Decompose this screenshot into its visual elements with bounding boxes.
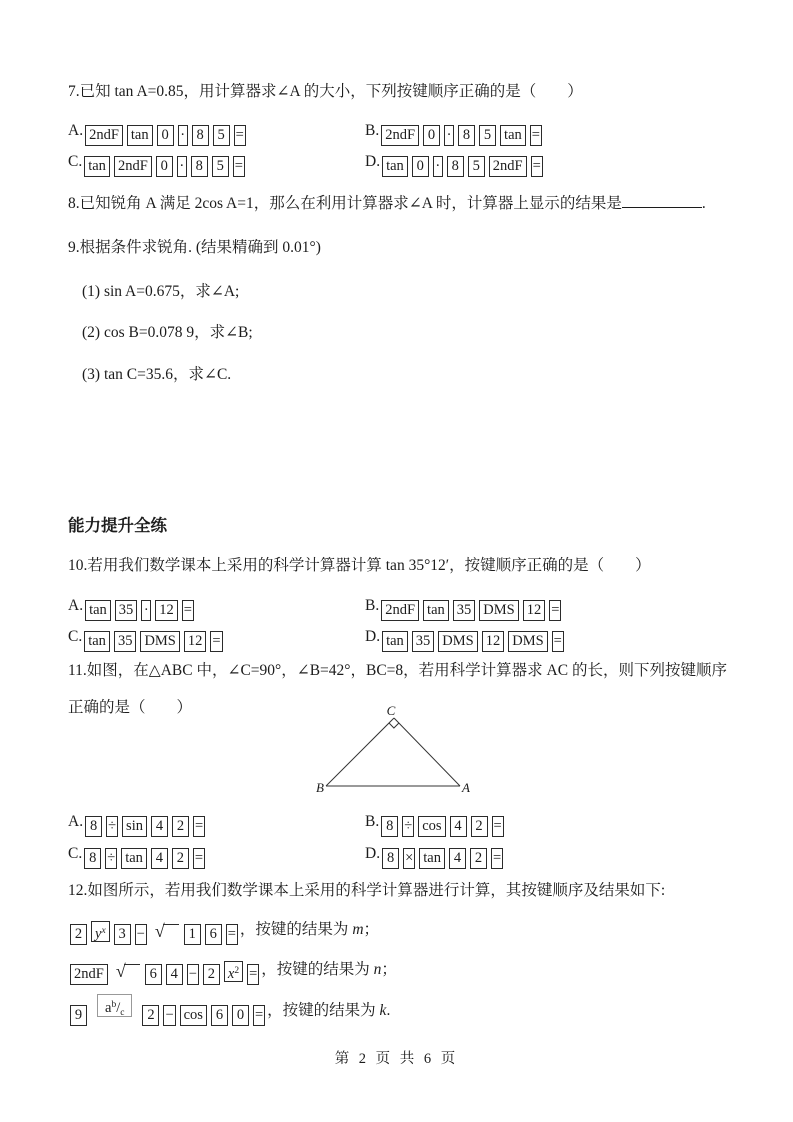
calc-key-4: 4	[151, 816, 168, 837]
calc-key-equals: =	[247, 964, 259, 985]
calc-key-equals: =	[530, 125, 542, 146]
calc-key-0: 0	[412, 156, 429, 177]
calc-key-divide: ÷	[106, 816, 118, 837]
calc-key-divide: ÷	[402, 816, 414, 837]
calc-key-8: 8	[192, 125, 209, 146]
calc-key-5: 5	[212, 156, 229, 177]
keyline-end-punct: ；	[364, 921, 380, 938]
calc-key-2ndf: 2ndF	[70, 964, 108, 985]
calc-key-minus: −	[163, 1005, 175, 1026]
calc-key-8: 8	[191, 156, 208, 177]
calc-key-2: 2	[142, 1005, 159, 1026]
calc-key-decimal-point: ·	[444, 125, 454, 146]
question-10-options-row-1: A.tan35·12= B.2ndFtan35DMS12=	[68, 592, 730, 623]
calc-key-2: 2	[470, 848, 487, 869]
calc-key-tan: tan	[423, 600, 449, 621]
question-8-stem: 8.已知锐角 A 满足 2cos A=1，那么在利用计算器求∠A 时，计算器上显…	[68, 192, 730, 216]
calc-key-8: 8	[85, 816, 102, 837]
option-label: B.	[365, 117, 379, 145]
question-7-options-row-2: C.tan2ndF0·85= D.tan0·852ndF=	[68, 148, 730, 179]
calc-key-tan: tan	[382, 156, 408, 177]
calc-key-6: 6	[205, 924, 222, 945]
question-7-options-row-1: A.2ndFtan0·85= B.2ndF0·85tan=	[68, 117, 730, 148]
calc-key-decimal-point: ·	[177, 156, 187, 177]
vertex-label-a: A	[461, 780, 470, 795]
calc-key-2ndf: 2ndF	[381, 125, 419, 146]
option-label: A.	[68, 592, 83, 620]
option-10a: A.tan35·12=	[68, 592, 365, 623]
calc-key-0: 0	[423, 125, 440, 146]
calc-key-5: 5	[213, 125, 230, 146]
calc-key-0: 0	[232, 1005, 249, 1026]
option-label: C.	[68, 840, 82, 868]
calc-key-6: 6	[211, 1005, 228, 1026]
question-10-options-row-2: C.tan35DMS12= D.tan35DMS12DMS=	[68, 623, 730, 654]
calc-key-minus: −	[135, 924, 147, 945]
question-9-item-1: (1) sin A=0.675，求∠A;	[82, 280, 744, 304]
calc-key-equals: =	[233, 156, 245, 177]
calc-key-35: 35	[412, 631, 435, 652]
keyline-result-text: ，按键的结果为	[261, 961, 373, 978]
calc-key-2ndf: 2ndF	[489, 156, 527, 177]
calc-key-equals: =	[193, 816, 205, 837]
calc-key-dms: DMS	[508, 631, 547, 652]
question-11-options-row-1: A.8÷sin42= B.8÷cos42=	[68, 808, 730, 839]
calc-key-tan: tan	[419, 848, 445, 869]
calc-key-8: 8	[382, 848, 399, 869]
calc-key-8: 8	[458, 125, 475, 146]
calc-key-tan: tan	[121, 848, 147, 869]
calc-key-35: 35	[114, 631, 137, 652]
option-11a: A.8÷sin42=	[68, 808, 365, 839]
calc-key-35: 35	[115, 600, 138, 621]
calc-key-12: 12	[523, 600, 546, 621]
keyline-result-text: ，按键的结果为	[267, 1002, 379, 1019]
option-10d: D.tan35DMS12DMS=	[365, 623, 730, 654]
calc-key-equals: =	[210, 631, 222, 652]
right-angle-mark	[389, 723, 399, 728]
option-7b: B.2ndF0·85tan=	[365, 117, 730, 148]
calc-key-2ndf: 2ndF	[114, 156, 152, 177]
keyline-end-punct: .	[386, 1002, 390, 1019]
result-variable: m	[352, 921, 363, 938]
calc-key-decimal-point: ·	[433, 156, 443, 177]
calc-key-cos: cos	[180, 1005, 207, 1026]
question-7-stem: 7.已知 tan A=0.85，用计算器求∠A 的大小，下列按键顺序正确的是（ …	[68, 80, 730, 104]
calc-key-5: 5	[479, 125, 496, 146]
calc-key-decimal-point: ·	[178, 125, 188, 146]
calc-key-equals: =	[531, 156, 543, 177]
question-8-text: 8.已知锐角 A 满足 2cos A=1，那么在利用计算器求∠A 时，计算器上显…	[68, 195, 622, 212]
calc-key-equals: =	[552, 631, 564, 652]
calc-key-minus: −	[187, 964, 199, 985]
calc-key-tan: tan	[84, 156, 110, 177]
worksheet-page: 7.已知 tan A=0.85，用计算器求∠A 的大小，下列按键顺序正确的是（ …	[0, 0, 793, 1122]
calc-key-12: 12	[482, 631, 505, 652]
calc-key-sqrt: √	[116, 956, 140, 986]
calc-key-equals: =	[549, 600, 561, 621]
calc-key-2: 2	[203, 964, 220, 985]
question-9-item-2: (2) cos B=0.078 9，求∠B;	[82, 321, 744, 345]
calc-key-1: 1	[184, 924, 201, 945]
calc-key-6: 6	[145, 964, 162, 985]
question-10-stem: 10.若用我们数学课本上采用的科学计算器计算 tan 35°12′，按键顺序正确…	[68, 554, 730, 578]
option-label: D.	[365, 840, 380, 868]
calc-key-sin: sin	[122, 816, 147, 837]
calc-key-2ndf: 2ndF	[85, 125, 123, 146]
calc-key-3: 3	[114, 924, 131, 945]
triangle-side-bc	[326, 718, 394, 786]
triangle-figure: C B A	[312, 706, 472, 800]
option-label: D.	[365, 623, 380, 651]
question-12-line-2: 2ndF√64−2x2=，按键的结果为 n；	[68, 955, 730, 989]
calc-key-2ndf: 2ndF	[381, 600, 419, 621]
question-8-period: .	[702, 195, 706, 212]
calc-key-equals: =	[226, 924, 238, 945]
vertex-label-b: B	[316, 780, 324, 795]
option-11d: D.8×tan42=	[365, 840, 730, 871]
calc-key-2: 2	[471, 816, 488, 837]
calc-key-tan: tan	[84, 631, 110, 652]
calc-key-equals: =	[491, 848, 503, 869]
calc-key-5: 5	[468, 156, 485, 177]
option-label: C.	[68, 148, 82, 176]
calc-key-0: 0	[157, 125, 174, 146]
calc-key-35: 35	[453, 600, 476, 621]
calc-key-2: 2	[172, 848, 189, 869]
section-title: 能力提升全练	[68, 514, 730, 538]
calc-key-12: 12	[155, 600, 178, 621]
question-12-stem: 12.如图所示，若用我们数学课本上采用的科学计算器进行计算，其按键顺序及结果如下…	[68, 879, 730, 903]
keyline-end-punct: ；	[381, 961, 397, 978]
radical-bar	[124, 964, 140, 977]
option-label: A.	[68, 808, 83, 836]
option-10c: C.tan35DMS12=	[68, 623, 365, 654]
calc-key-4: 4	[450, 816, 467, 837]
calc-key-0: 0	[156, 156, 173, 177]
calc-key-8: 8	[381, 816, 398, 837]
calc-key-tan: tan	[127, 125, 153, 146]
calc-key-equals: =	[253, 1005, 265, 1026]
calc-key-8: 8	[447, 156, 464, 177]
calc-key-cos: cos	[418, 816, 445, 837]
calc-key-sqrt: √	[155, 916, 179, 946]
option-7a: A.2ndFtan0·85=	[68, 117, 365, 148]
calc-key-y-power-x: yx	[91, 921, 110, 942]
calc-key-equals: =	[193, 848, 205, 869]
question-9-item-3: (3) tan C=35.6，求∠C.	[82, 363, 744, 387]
calc-key-multiply: ×	[403, 848, 415, 869]
calc-key-4: 4	[151, 848, 168, 869]
triangle-side-ca	[394, 718, 460, 786]
calc-key-decimal-point: ·	[141, 600, 151, 621]
radical-bar	[163, 924, 179, 937]
option-label: B.	[365, 592, 379, 620]
calc-key-2: 2	[70, 924, 87, 945]
calc-key-equals: =	[182, 600, 194, 621]
question-9-stem: 9.根据条件求锐角. (结果精确到 0.01°)	[68, 236, 730, 260]
option-11c: C.8÷tan42=	[68, 840, 365, 871]
option-label: A.	[68, 117, 83, 145]
option-label: D.	[365, 148, 380, 176]
vertex-label-c: C	[387, 706, 396, 718]
calc-key-dms: DMS	[140, 631, 179, 652]
calc-key-dms: DMS	[438, 631, 477, 652]
calc-key-8: 8	[84, 848, 101, 869]
calc-key-dms: DMS	[479, 600, 518, 621]
calc-key-x-squared: x2	[224, 961, 243, 982]
calc-key-tan: tan	[500, 125, 526, 146]
option-10b: B.2ndFtan35DMS12=	[365, 592, 730, 623]
calc-key-equals: =	[234, 125, 246, 146]
keyline-result-text: ，按键的结果为	[240, 921, 352, 938]
option-7d: D.tan0·852ndF=	[365, 148, 730, 179]
option-label: C.	[68, 623, 82, 651]
calc-key-9: 9	[70, 1005, 87, 1026]
question-12-line-1: 2yx3−√16=，按键的结果为 m；	[68, 915, 730, 949]
calc-key-equals: =	[492, 816, 504, 837]
calc-key-a-b-c-fraction: ab/c	[97, 994, 132, 1017]
option-11b: B.8÷cos42=	[365, 808, 730, 839]
page-footer: 第 2 页 共 6 页	[0, 1047, 793, 1068]
calc-key-12: 12	[184, 631, 207, 652]
calc-key-2: 2	[172, 816, 189, 837]
calc-key-4: 4	[166, 964, 183, 985]
calc-key-tan: tan	[382, 631, 408, 652]
calc-key-tan: tan	[85, 600, 111, 621]
question-12-line-3: 9ab/c2−cos60=，按键的结果为 k.	[68, 996, 730, 1030]
calc-key-4: 4	[449, 848, 466, 869]
option-label: B.	[365, 808, 379, 836]
calc-key-divide: ÷	[105, 848, 117, 869]
question-11-options-row-2: C.8÷tan42= D.8×tan42=	[68, 840, 730, 871]
answer-blank	[622, 192, 702, 208]
option-7c: C.tan2ndF0·85=	[68, 148, 365, 179]
